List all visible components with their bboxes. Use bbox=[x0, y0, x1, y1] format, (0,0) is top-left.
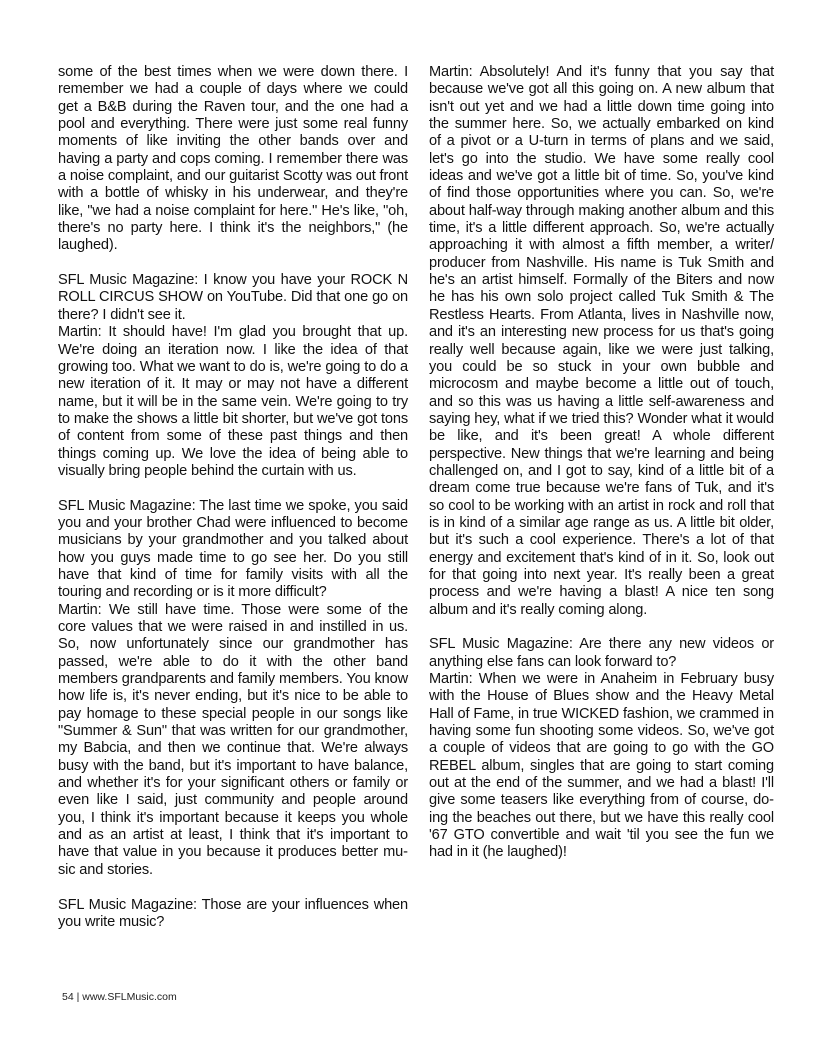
paragraph-gap bbox=[58, 879, 408, 896]
paragraph-gap bbox=[58, 255, 408, 272]
answer-paragraph: Martin: It should have! I'm glad you bro… bbox=[58, 324, 408, 480]
page-folio: 54 | www.SFLMusic.com bbox=[62, 991, 177, 1003]
answer-paragraph: Martin: Absolutely! And it's funny that … bbox=[429, 64, 774, 619]
question-paragraph: SFL Music Magazine: The last time we spo… bbox=[58, 498, 408, 602]
question-paragraph: SFL Music Magazine: I know you have your… bbox=[58, 272, 408, 324]
answer-paragraph: Martin: We still have time. Those were s… bbox=[58, 602, 408, 880]
question-paragraph: SFL Music Magazine: Those are your influ… bbox=[58, 897, 408, 932]
left-column: some of the best times when we were down… bbox=[58, 64, 408, 931]
answer-paragraph: some of the best times when we were down… bbox=[58, 64, 408, 255]
right-column: Martin: Absolutely! And it's funny that … bbox=[429, 64, 774, 862]
paragraph-gap bbox=[58, 480, 408, 497]
paragraph-gap bbox=[429, 619, 774, 636]
answer-paragraph: Martin: When we were in Anaheim in Febru… bbox=[429, 671, 774, 862]
question-paragraph: SFL Music Magazine: Are there any new vi… bbox=[429, 636, 774, 671]
